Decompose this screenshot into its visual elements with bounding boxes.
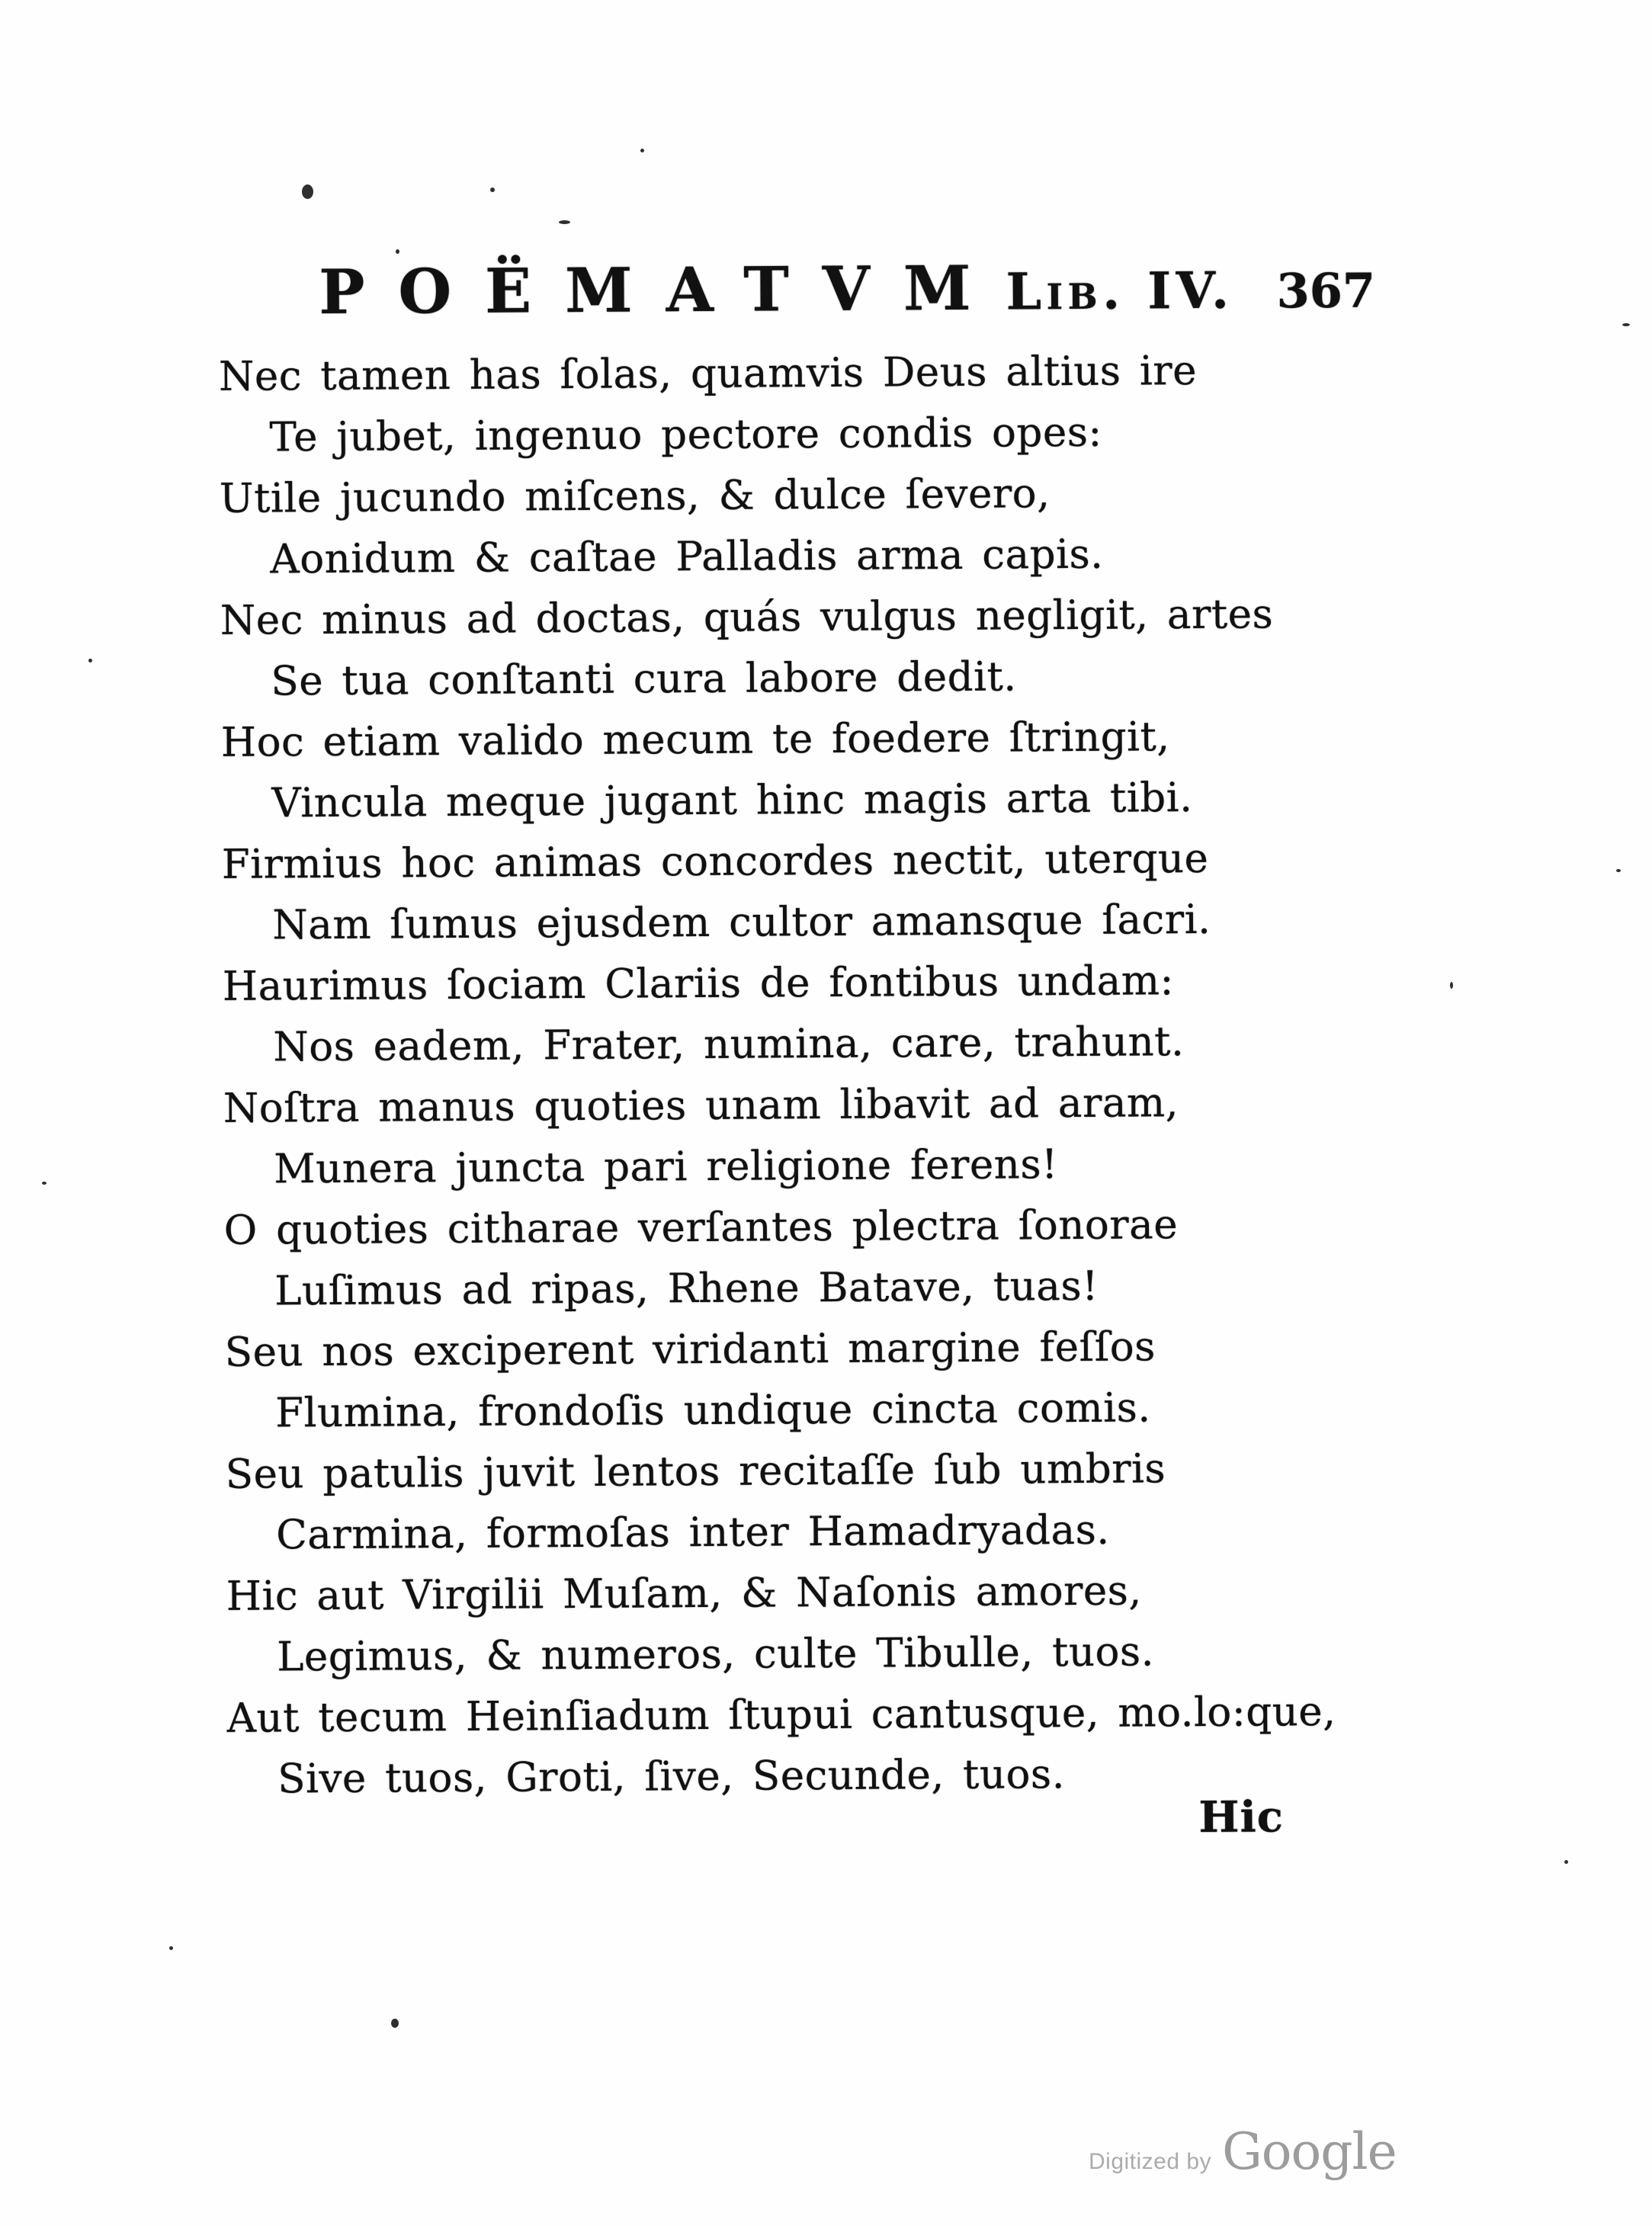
verse-line: Haurimus ſociam Clariis de fontibus unda… [223,950,1332,1018]
ink-speck [42,1182,47,1185]
verse-line: Flumina, frondoſis undique cincta comis. [225,1377,1334,1445]
verse-line: Nec minus ad doctas, quás vulgus negligi… [220,584,1330,652]
verse-line: Aut tecum Heinſiadum ſtupui cantusque, m… [226,1682,1336,1750]
google-logo: Google [1222,2122,1397,2181]
verse-line: Nam ſumus ejusdem cultor amansque ſacri. [222,889,1331,957]
verse-line: Seu nos exciperent viridanti margine feſ… [225,1316,1334,1384]
ink-speck [1450,982,1453,989]
verse-line: Sive tuos, Groti, ſive, Secunde, tuos. [227,1743,1336,1811]
watermark-text: Digitized by [1089,2149,1211,2175]
digitization-watermark: Digitized by Google [1089,2122,1397,2181]
catchword: Hic [1198,1791,1284,1843]
verse-line: Nec tamen has ſolas, quamvis Deus altius… [219,340,1328,408]
verse-line: Te jubet, ingenuo pectore condis opes: [219,401,1328,469]
ink-speck [88,659,92,662]
ink-speck [1564,1860,1568,1864]
ink-speck [302,184,313,199]
verse-line: Hoc etiam valido mecum te foedere ſtring… [221,706,1330,774]
ink-speck [169,1946,173,1950]
verse-line: Noſtra manus quoties unam libavit ad ara… [223,1072,1333,1140]
scanned-content: POËMATVM Lib. IV. 367 Nec tamen has ſola… [0,0,1652,2226]
ink-speck [396,249,399,254]
book-page-scan: POËMATVM Lib. IV. 367 Nec tamen has ſola… [0,0,1652,2226]
ink-speck [490,188,495,192]
poem-body: Nec tamen has ſolas, quamvis Deus altius… [219,340,1336,1811]
verse-line: Seu patulis juvit lentos recitaſſe ſub u… [226,1438,1335,1506]
verse-line: Firmius hoc animas concordes nectit, ute… [222,828,1331,896]
verse-line: Legimus, & numeros, culte Tibulle, tuos. [226,1621,1336,1689]
ink-speck [1622,323,1630,326]
verse-line: Aonidum & caſtae Palladis arma capis. [220,523,1329,591]
book-label: Lib. IV. [1006,261,1234,322]
verse-line: Carmina, formoſas inter Hamadryadas. [226,1499,1335,1567]
verse-line: Vincula meque jugant hinc magis arta tib… [221,767,1330,835]
verse-line: O quoties citharae verſantes plectra ſon… [224,1194,1333,1262]
verse-line: Nos eadem, Frater, numina, care, trahunt… [223,1011,1332,1079]
running-title: POËMATVM [319,252,1005,328]
verse-line: Se tua conſtanti cura labore dedit. [220,645,1330,713]
page-number: 367 [1276,263,1375,319]
running-header: POËMATVM Lib. IV. 367 [319,250,1375,328]
verse-line: Hic aut Virgilii Muſam, & Naſonis amores… [226,1560,1336,1628]
ink-speck [640,149,644,152]
verse-line: Munera juncta pari religione ferens! [223,1133,1333,1201]
ink-speck [1616,869,1621,872]
verse-line: Utile jucundo miſcens, & dulce ſevero, [220,462,1329,530]
verse-line: Luſimus ad ripas, Rhene Batave, tuas! [224,1255,1333,1323]
ink-speck [391,2019,399,2028]
ink-speck [559,220,570,224]
